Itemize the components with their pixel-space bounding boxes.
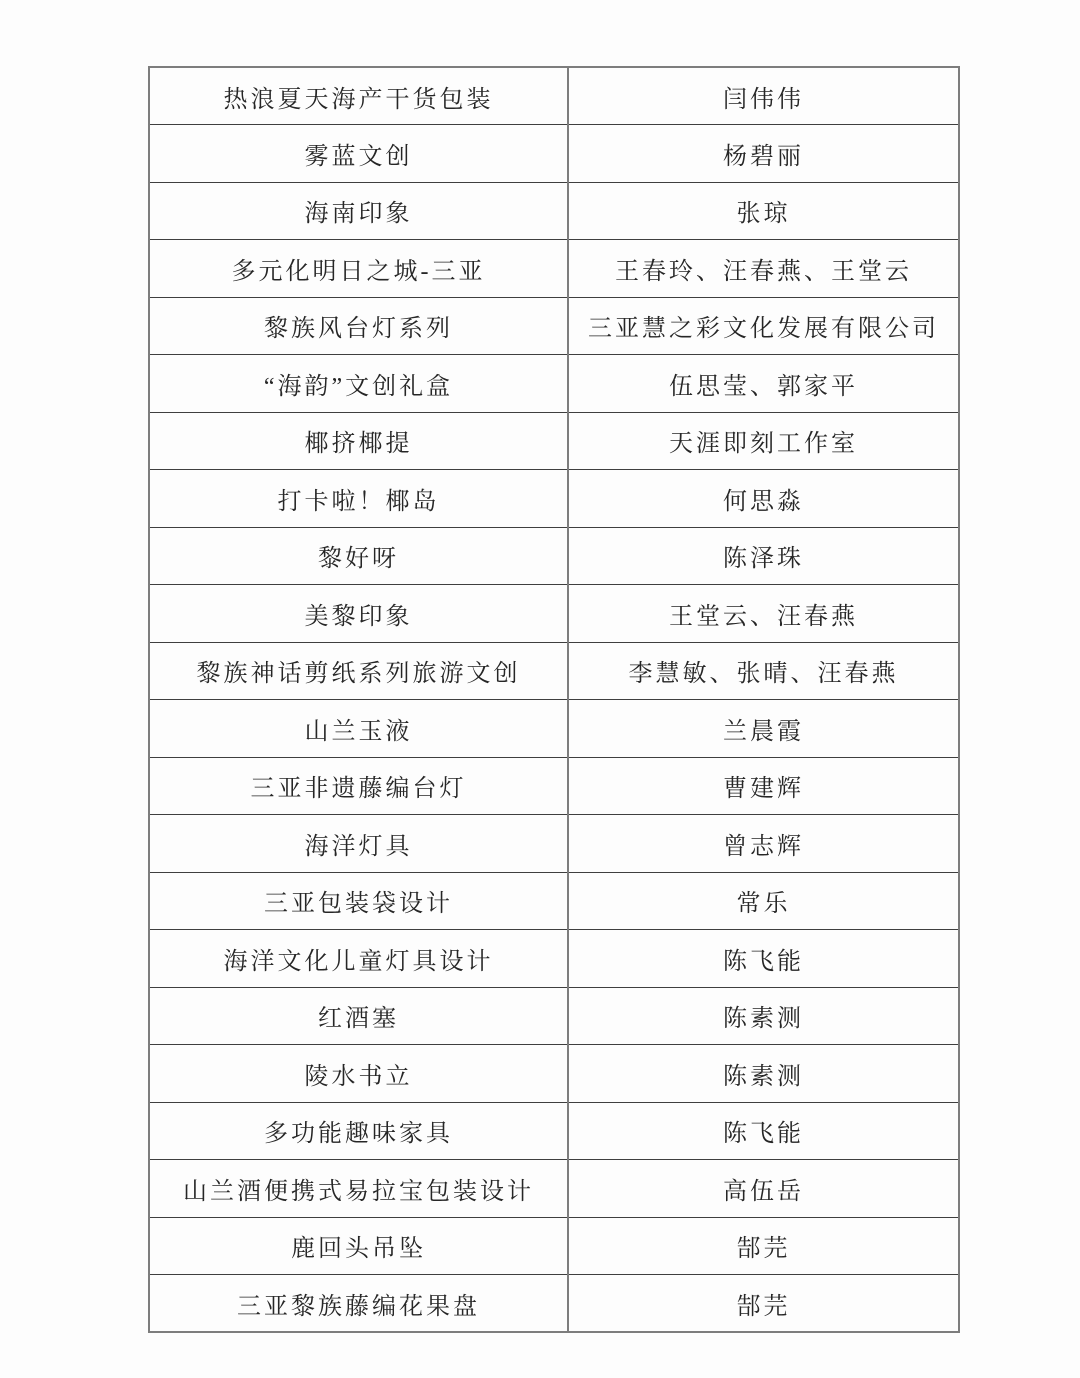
- author-cell: 王春玲、汪春燕、王堂云: [568, 240, 959, 298]
- author-cell: 杨碧丽: [568, 125, 959, 183]
- table-row: 山兰玉液兰晨霞: [149, 700, 959, 758]
- author-cell: 陈飞能: [568, 1102, 959, 1160]
- author-cell: 陈素测: [568, 987, 959, 1045]
- work-title-cell: 海洋灯具: [149, 815, 568, 873]
- table-row: 多功能趣味家具陈飞能: [149, 1102, 959, 1160]
- author-cell: 伍思莹、郭家平: [568, 355, 959, 413]
- work-title-cell: 多元化明日之城-三亚: [149, 240, 568, 298]
- work-title-cell: 椰挤椰提: [149, 412, 568, 470]
- author-cell: 高伍岳: [568, 1160, 959, 1218]
- author-cell: 郜芫: [568, 1275, 959, 1333]
- table-row: 打卡啦！椰岛何思淼: [149, 470, 959, 528]
- work-title-cell: 山兰玉液: [149, 700, 568, 758]
- work-title-cell: 山兰酒便携式易拉宝包装设计: [149, 1160, 568, 1218]
- work-title-cell: “海韵”文创礼盒: [149, 355, 568, 413]
- award-table: 热浪夏天海产干货包装闫伟伟雾蓝文创杨碧丽海南印象张琼多元化明日之城-三亚王春玲、…: [148, 66, 960, 1333]
- author-cell: 曹建辉: [568, 757, 959, 815]
- author-cell: 兰晨霞: [568, 700, 959, 758]
- table-row: 三亚非遗藤编台灯曹建辉: [149, 757, 959, 815]
- work-title-cell: 三亚非遗藤编台灯: [149, 757, 568, 815]
- document-page: 热浪夏天海产干货包装闫伟伟雾蓝文创杨碧丽海南印象张琼多元化明日之城-三亚王春玲、…: [0, 0, 1080, 1378]
- table-row: 黎族神话剪纸系列旅游文创李慧敏、张晴、汪春燕: [149, 642, 959, 700]
- table-row: 椰挤椰提天涯即刻工作室: [149, 412, 959, 470]
- author-cell: 陈素测: [568, 1045, 959, 1103]
- table-row: 鹿回头吊坠郜芫: [149, 1217, 959, 1275]
- author-cell: 张琼: [568, 182, 959, 240]
- work-title-cell: 海洋文化儿童灯具设计: [149, 930, 568, 988]
- author-cell: 常乐: [568, 872, 959, 930]
- work-title-cell: 三亚黎族藤编花果盘: [149, 1275, 568, 1333]
- table-row: 海洋灯具曾志辉: [149, 815, 959, 873]
- work-title-cell: 陵水书立: [149, 1045, 568, 1103]
- table-row: 多元化明日之城-三亚王春玲、汪春燕、王堂云: [149, 240, 959, 298]
- table-row: “海韵”文创礼盒伍思莹、郭家平: [149, 355, 959, 413]
- work-title-cell: 多功能趣味家具: [149, 1102, 568, 1160]
- table-row: 山兰酒便携式易拉宝包装设计高伍岳: [149, 1160, 959, 1218]
- author-cell: 陈飞能: [568, 930, 959, 988]
- work-title-cell: 三亚包装袋设计: [149, 872, 568, 930]
- work-title-cell: 美黎印象: [149, 585, 568, 643]
- table-row: 黎好呀陈泽珠: [149, 527, 959, 585]
- author-cell: 何思淼: [568, 470, 959, 528]
- author-cell: 陈泽珠: [568, 527, 959, 585]
- author-cell: 闫伟伟: [568, 67, 959, 125]
- author-cell: 王堂云、汪春燕: [568, 585, 959, 643]
- table-row: 海洋文化儿童灯具设计陈飞能: [149, 930, 959, 988]
- work-title-cell: 黎族神话剪纸系列旅游文创: [149, 642, 568, 700]
- work-title-cell: 鹿回头吊坠: [149, 1217, 568, 1275]
- table-row: 美黎印象王堂云、汪春燕: [149, 585, 959, 643]
- work-title-cell: 热浪夏天海产干货包装: [149, 67, 568, 125]
- award-table-body: 热浪夏天海产干货包装闫伟伟雾蓝文创杨碧丽海南印象张琼多元化明日之城-三亚王春玲、…: [149, 67, 959, 1332]
- table-row: 热浪夏天海产干货包装闫伟伟: [149, 67, 959, 125]
- author-cell: 曾志辉: [568, 815, 959, 873]
- table-row: 黎族风台灯系列三亚慧之彩文化发展有限公司: [149, 297, 959, 355]
- table-row: 三亚黎族藤编花果盘郜芫: [149, 1275, 959, 1333]
- table-row: 陵水书立陈素测: [149, 1045, 959, 1103]
- work-title-cell: 黎好呀: [149, 527, 568, 585]
- work-title-cell: 打卡啦！椰岛: [149, 470, 568, 528]
- table-row: 红酒塞陈素测: [149, 987, 959, 1045]
- table-row: 三亚包装袋设计常乐: [149, 872, 959, 930]
- author-cell: 天涯即刻工作室: [568, 412, 959, 470]
- author-cell: 郜芫: [568, 1217, 959, 1275]
- work-title-cell: 黎族风台灯系列: [149, 297, 568, 355]
- author-cell: 李慧敏、张晴、汪春燕: [568, 642, 959, 700]
- table-row: 海南印象张琼: [149, 182, 959, 240]
- author-cell: 三亚慧之彩文化发展有限公司: [568, 297, 959, 355]
- work-title-cell: 海南印象: [149, 182, 568, 240]
- table-row: 雾蓝文创杨碧丽: [149, 125, 959, 183]
- work-title-cell: 红酒塞: [149, 987, 568, 1045]
- work-title-cell: 雾蓝文创: [149, 125, 568, 183]
